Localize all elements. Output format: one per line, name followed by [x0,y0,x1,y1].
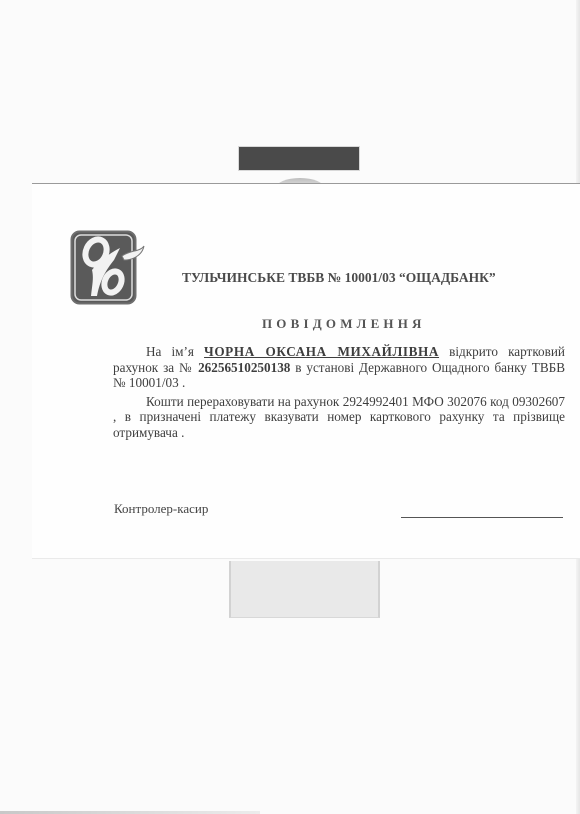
notice-title: ПОВІДОМЛЕННЯ [262,316,426,332]
signature-line [401,517,563,518]
text-prefix: На ім’я [146,344,204,359]
bank-branch-header: ТУЛЬЧИНСЬКЕ ТВБВ № 10001/03 “ОЩАДБАНК” [182,270,522,286]
transfer-instructions-paragraph: Кошти перераховувати на рахунок 29249924… [113,394,565,441]
account-opening-paragraph: На ім’я ЧОРНА ОКСАНА МИХАЙЛІВНА відкрито… [113,344,565,391]
account-holder-name: ЧОРНА ОКСАНА МИХАЙЛІВНА [204,344,439,359]
redacted-block-bottom [229,561,380,618]
redacted-block-top [238,146,360,171]
transfer-instructions-text: Кошти перераховувати на рахунок 29249924… [113,394,565,440]
account-number: 26256510250138 [198,360,290,375]
cashier-signature-label: Контролер-касир [114,501,208,517]
notice-body: На ім’я ЧОРНА ОКСАНА МИХАЙЛІВНА відкрито… [113,344,565,441]
oschadbank-logo-icon [70,230,146,306]
